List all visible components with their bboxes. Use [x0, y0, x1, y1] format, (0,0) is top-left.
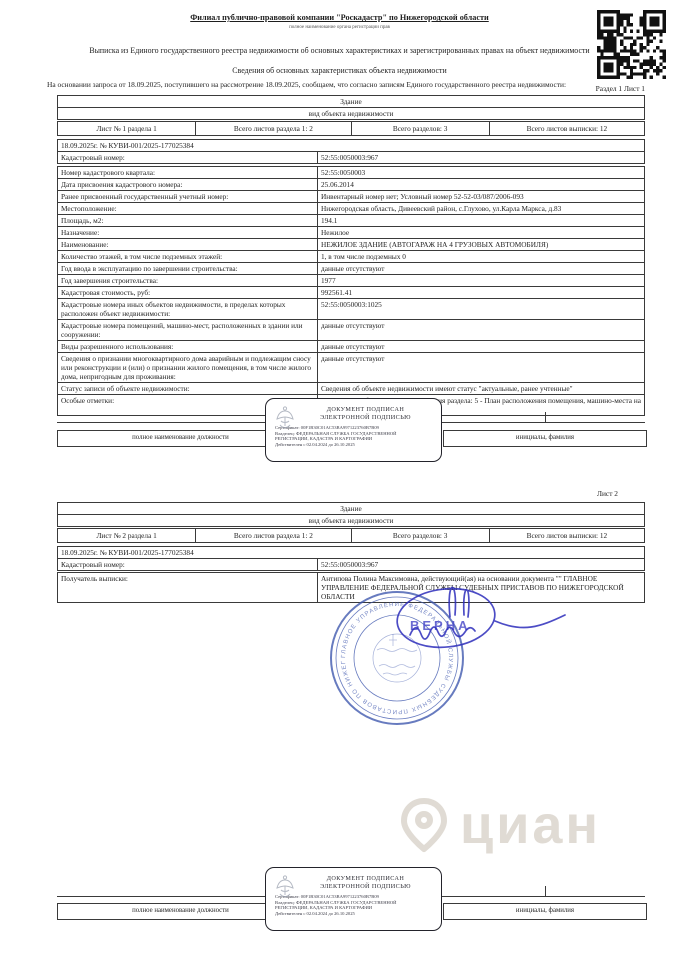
- watermark: циан: [398, 795, 601, 855]
- esign-stamp: ДОКУМЕНТ ПОДПИСАН ЭЛЕКТРОННОЙ ПОДПИСЬЮ С…: [265, 398, 442, 462]
- row-value: данные отсутствуют: [318, 320, 644, 340]
- row-label: Статус записи об объекте недвижимости:: [58, 383, 318, 394]
- esign-stamp: ДОКУМЕНТ ПОДПИСАН ЭЛЕКТРОННОЙ ПОДПИСЬЮ С…: [265, 867, 442, 931]
- stamp-validity: Действителен с 02.04.2024 до 26.10.2025: [275, 911, 441, 917]
- object-type-table: Здание вид объекта недвижимости: [57, 502, 645, 527]
- sheet-info-table: Лист № 1 раздела 1 Всего листов раздела …: [57, 121, 645, 136]
- table-row: Кадастровые номера иных объектов недвижи…: [58, 298, 644, 319]
- sheet-info-cell: Лист № 2 раздела 1: [58, 529, 196, 542]
- row-value: Нижегородская область, Дивеевский район,…: [318, 203, 644, 214]
- row-value: данные отсутствуют: [318, 263, 644, 274]
- table-row: Статус записи об объекте недвижимости: С…: [58, 382, 644, 394]
- table-row: Количество этажей, в том числе подземных…: [58, 250, 644, 262]
- row-label: Количество этажей, в том числе подземных…: [58, 251, 318, 262]
- coat-of-arms-icon: [275, 874, 295, 900]
- row-label: Дата присвоения кадастрового номера:: [58, 179, 318, 190]
- org-caption: полное наименование органа регистрации п…: [0, 25, 679, 30]
- initials-label-box: инициалы, фамилия: [443, 430, 647, 447]
- table-row: Ранее присвоенный государственный учетны…: [58, 190, 644, 202]
- sheet-info-cell: Всего листов выписки: 12: [490, 529, 644, 542]
- row-value: данные отсутствуют: [318, 341, 644, 352]
- row-label: Назначение:: [58, 227, 318, 238]
- handwritten-signature: ВЕРНА: [358, 577, 573, 662]
- document-title: Выписка из Единого государственного реес…: [0, 46, 679, 55]
- sheet-info-cell: Лист № 1 раздела 1: [58, 122, 196, 135]
- row-value: 1, в том числе подземных 0: [318, 251, 644, 262]
- watermark-logo-icon: [398, 796, 450, 854]
- row-label: Ранее присвоенный государственный учетны…: [58, 191, 318, 202]
- object-type-table: Здание вид объекта недвижимости: [57, 95, 645, 120]
- sheet-info-cell: Всего листов раздела 1: 2: [196, 122, 351, 135]
- row-label: Наименование:: [58, 239, 318, 250]
- request-line: На основании запроса от 18.09.2025, пост…: [47, 80, 647, 89]
- row-label: Площадь, м2:: [58, 215, 318, 226]
- sheet-info-cell: Всего листов раздела 1: 2: [196, 529, 351, 542]
- cadastral-number-label: Кадастровый номер:: [58, 559, 318, 570]
- table-row: Назначение: Нежилое: [58, 226, 644, 238]
- cadastral-number-value: 52:55:0050003:967: [318, 559, 644, 570]
- stamp-title: ДОКУМЕНТ ПОДПИСАН: [296, 875, 435, 883]
- table-row: Наименование: НЕЖИЛОЕ ЗДАНИЕ (АВТОГАРАЖ …: [58, 238, 644, 250]
- table-row: Год ввода в эксплуатацию по завершении с…: [58, 262, 644, 274]
- row-value: данные отсутствуют: [318, 353, 644, 382]
- row-label: Номер кадастрового квартала:: [58, 167, 318, 178]
- object-type: Здание: [58, 96, 644, 107]
- cadastral-header-table: 18.09.2025г. № КУВИ-001/2025-177025384 К…: [57, 139, 645, 164]
- row-value: Нежилое: [318, 227, 644, 238]
- table-row: Виды разрешенного использования: данные …: [58, 340, 644, 352]
- signature-line: [440, 422, 645, 423]
- date-number: 18.09.2025г. № КУВИ-001/2025-177025384: [58, 140, 644, 151]
- sheet-info-cell: Всего разделов: 3: [352, 122, 490, 135]
- initials-label-box: инициалы, фамилия: [443, 903, 647, 920]
- table-row: Номер кадастрового квартала: 52:55:00500…: [58, 167, 644, 178]
- cadastral-header-table: 18.09.2025г. № КУВИ-001/2025-177025384 К…: [57, 546, 645, 571]
- row-value: 194.1: [318, 215, 644, 226]
- recipient-label: Получатель выписки:: [58, 573, 318, 602]
- watermark-text: циан: [460, 795, 601, 855]
- object-details-table: Номер кадастрового квартала: 52:55:00500…: [57, 166, 645, 416]
- stamp-validity: Действителен с 02.04.2024 до 26.10.2025: [275, 442, 441, 448]
- row-label: Местоположение:: [58, 203, 318, 214]
- table-row: Площадь, м2: 194.1: [58, 214, 644, 226]
- row-label: Год завершения строительства:: [58, 275, 318, 286]
- stamp-title: ЭЛЕКТРОННОЙ ПОДПИСЬЮ: [296, 414, 435, 422]
- stamp-title: ДОКУМЕНТ ПОДПИСАН: [296, 406, 435, 414]
- table-row: Кадастровые номера помещений, машино-мес…: [58, 319, 644, 340]
- row-value: 25.06.2014: [318, 179, 644, 190]
- table-row: Год завершения строительства: 1977: [58, 274, 644, 286]
- row-value: 52:55:0050003: [318, 167, 644, 178]
- cadastral-number-label: Кадастровый номер:: [58, 152, 318, 163]
- section-label: Раздел 1 Лист 1: [596, 84, 645, 93]
- table-row: Дата присвоения кадастрового номера: 25.…: [58, 178, 644, 190]
- row-value: 1977: [318, 275, 644, 286]
- table-row: Кадастровая стоимость, руб: 992561.41: [58, 286, 644, 298]
- org-name: Филиал публично-правовой компании "Роска…: [0, 13, 679, 22]
- row-label: Кадастровая стоимость, руб:: [58, 287, 318, 298]
- sheet-info-table: Лист № 2 раздела 1 Всего листов раздела …: [57, 528, 645, 543]
- object-type-caption: вид объекта недвижимости: [58, 107, 644, 119]
- cadastral-number-value: 52:55:0050003:967: [318, 152, 644, 163]
- signature-line: [57, 896, 265, 897]
- signature-divider: [545, 412, 546, 422]
- table-row: Местоположение: Нижегородская область, Д…: [58, 202, 644, 214]
- row-value: 52:55:0050003:1025: [318, 299, 644, 319]
- sheet2-label: Лист 2: [597, 489, 618, 498]
- row-label: Год ввода в эксплуатацию по завершении с…: [58, 263, 318, 274]
- row-value: НЕЖИЛОЕ ЗДАНИЕ (АВТОГАРАЖ НА 4 ГРУЗОВЫХ …: [318, 239, 644, 250]
- object-type-caption: вид объекта недвижимости: [58, 514, 644, 526]
- table-row: Сведения о признании многоквартирного до…: [58, 352, 644, 382]
- coat-of-arms-icon: [275, 405, 295, 431]
- row-label: Кадастровые номера помещений, машино-мес…: [58, 320, 318, 340]
- row-label: Кадастровые номера иных объектов недвижи…: [58, 299, 318, 319]
- sheet-info-cell: Всего листов выписки: 12: [490, 122, 644, 135]
- signature-line: [57, 422, 265, 423]
- row-value: 992561.41: [318, 287, 644, 298]
- stamp-title: ЭЛЕКТРОННОЙ ПОДПИСЬЮ: [296, 883, 435, 891]
- row-label: Сведения о признании многоквартирного до…: [58, 353, 318, 382]
- object-type: Здание: [58, 503, 644, 514]
- row-label: Виды разрешенного использования:: [58, 341, 318, 352]
- row-value: Сведения об объекте недвижимости имеют с…: [318, 383, 644, 394]
- sheet-info-cell: Всего разделов: 3: [352, 529, 490, 542]
- row-value: Инвентарный номер нет; Условный номер 52…: [318, 191, 644, 202]
- date-number: 18.09.2025г. № КУВИ-001/2025-177025384: [58, 547, 644, 558]
- signature-line: [440, 896, 645, 897]
- signature-divider: [545, 886, 546, 896]
- egrn-extract-page: Филиал публично-правовой компании "Роска…: [0, 0, 679, 960]
- document-subtitle: Сведения об основных характеристиках объ…: [0, 66, 679, 75]
